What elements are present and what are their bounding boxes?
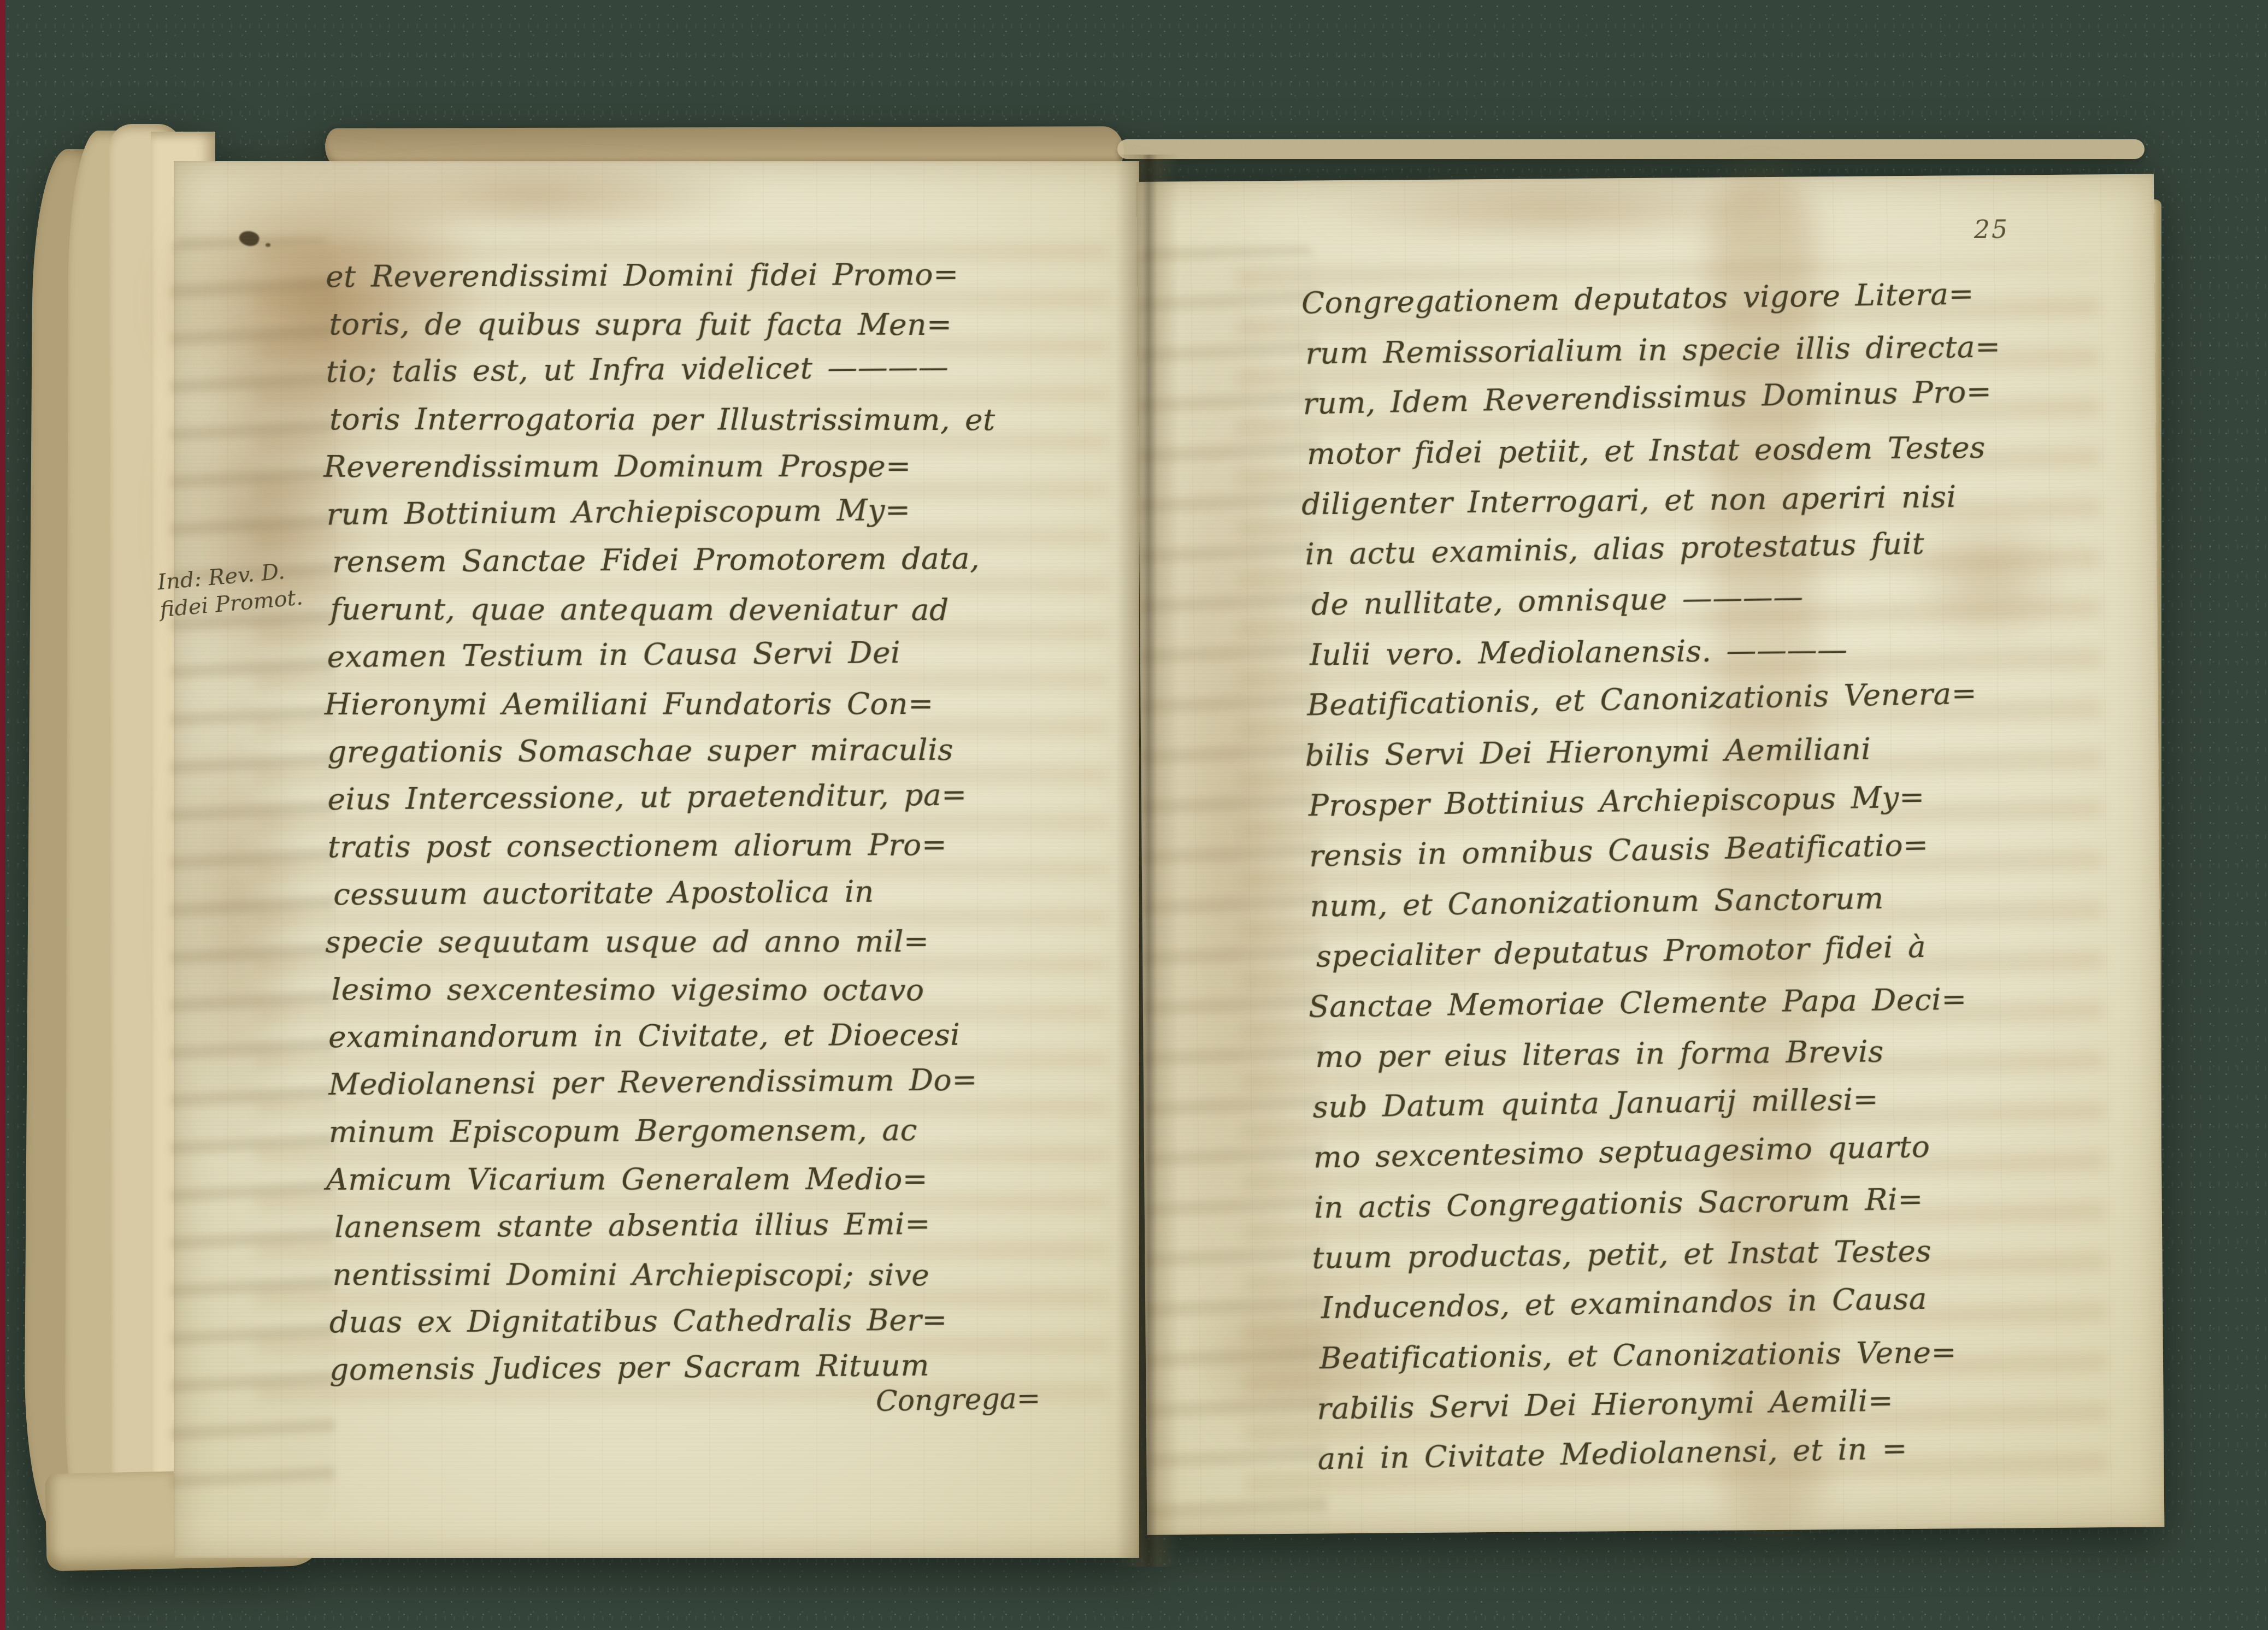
manuscript-line: eius Intercessione, ut praetenditur, pa= bbox=[327, 769, 1202, 823]
foxing-stain bbox=[1300, 172, 1804, 247]
right-page-text: Congregationem deputatos vigore Litera=r… bbox=[1301, 266, 2181, 1484]
manuscript-line: Congregationem deputatos vigore Litera= bbox=[1301, 266, 2165, 328]
manuscript-line: minum Episcopum Bergomensem, ac bbox=[328, 1105, 1203, 1156]
manuscript-line: toris, de quibus supra fuit facta Men= bbox=[329, 300, 1203, 349]
manuscript-line: gregationis Somaschae super miraculis bbox=[327, 725, 1201, 776]
foxing-stain bbox=[310, 155, 758, 237]
bleed-through-margin-scribbles bbox=[1137, 246, 1328, 1548]
scanned-manuscript-photo: { "document": { "kind": "manuscript-open… bbox=[0, 0, 2268, 1630]
manuscript-line: cessuum auctoritate Apostolica in bbox=[333, 866, 1207, 918]
manuscript-line: toris Interrogatoria per Illustrissimum,… bbox=[329, 395, 1204, 444]
foxing-stain bbox=[163, 653, 310, 1155]
manuscript-line: duas ex Dignitatibus Cathedralis Ber= bbox=[329, 1295, 1204, 1346]
foxing-stain bbox=[1131, 213, 1332, 1471]
scan-bed-red-edge bbox=[0, 0, 5, 1630]
manuscript-line: Sanctae Memoriae Clemente Papa Deci= bbox=[1308, 972, 2172, 1032]
manuscript-line: gomensis Judices per Sacram Rituum bbox=[329, 1339, 1204, 1393]
catchword: Congrega= bbox=[875, 1382, 1040, 1418]
ink-speck bbox=[266, 243, 270, 247]
open-manuscript-book: Ind: Rev. D. fidei Promot. et Reverendis… bbox=[27, 123, 2161, 1568]
left-page: Ind: Rev. D. fidei Promot. et Reverendis… bbox=[174, 161, 1139, 1558]
manuscript-line: tratis post consectionem aliorum Pro= bbox=[328, 820, 1202, 871]
marginal-note: Ind: Rev. D. fidei Promot. bbox=[156, 557, 304, 623]
manuscript-line: lesimo sexcentesimo vigesimo octavo bbox=[332, 966, 1206, 1014]
manuscript-line: Amicum Vicarium Generalem Medio= bbox=[326, 1155, 1200, 1203]
manuscript-line: lanensem stante absentia illius Emi= bbox=[334, 1199, 1209, 1251]
manuscript-line: examinandorum in Civitate, et Dioecesi bbox=[328, 1010, 1203, 1061]
manuscript-line: fuerunt, quae antequam deveniatur ad bbox=[330, 586, 1204, 634]
manuscript-line: nentissimi Domini Archiepiscopi; sive bbox=[332, 1251, 1206, 1299]
manuscript-line: Mediolanensi per Reverendissimum Do= bbox=[328, 1054, 1203, 1108]
manuscript-line: specie sequutam usque ad anno mil= bbox=[325, 918, 1199, 966]
bleed-through-margin-scribbles bbox=[170, 238, 334, 1516]
manuscript-line: rum Bottinium Archiepiscopum My= bbox=[326, 484, 1201, 538]
right-page: 25 Congregationem deputatos vigore Liter… bbox=[1136, 174, 2164, 1535]
manuscript-line: examen Testium in Causa Servi Dei bbox=[327, 627, 1201, 681]
manuscript-line: rensem Sanctae Fidei Promotorem data, bbox=[332, 534, 1206, 586]
page-number: 25 bbox=[1974, 214, 2010, 244]
manuscript-line: Hieronymi Aemiliani Fundatoris Con= bbox=[325, 680, 1199, 728]
manuscript-line: tio; talis est, ut Infra videlicet ———— bbox=[326, 341, 1200, 395]
leaf-edge-top-right bbox=[1117, 139, 2145, 159]
ink-blot bbox=[237, 228, 261, 249]
manuscript-line: Reverendissimum Dominum Prospe= bbox=[323, 442, 1198, 491]
manuscript-line: et Reverendissimi Domini fidei Promo= bbox=[326, 250, 1200, 300]
left-page-text: et Reverendissimi Domini fidei Promo=tor… bbox=[326, 250, 1204, 1393]
